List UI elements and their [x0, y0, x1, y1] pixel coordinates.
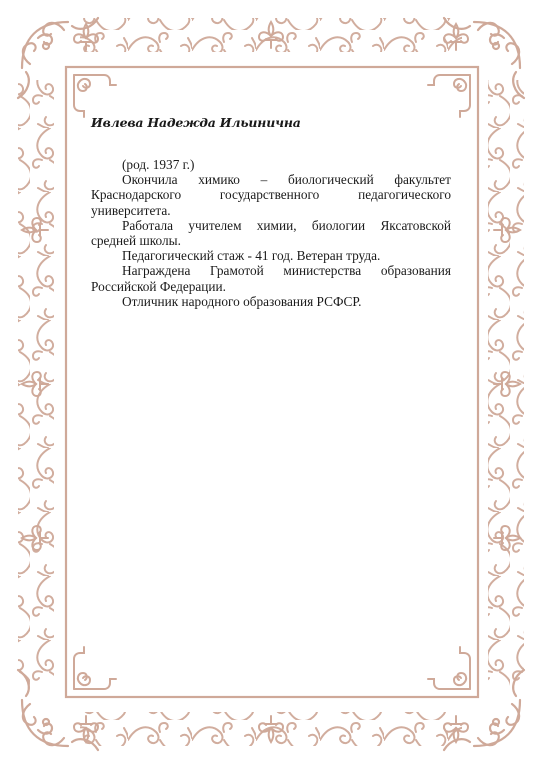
award-paragraph: Награждена Грамотой министерства образов… — [91, 263, 451, 293]
document-body: Ивлева Надежда Ильинична (род. 1937 г.) … — [91, 114, 451, 309]
education-paragraph: Окончила химико – биологический факульте… — [91, 172, 451, 218]
person-name-heading: Ивлева Надежда Ильинична — [91, 114, 451, 132]
birth-year-paragraph: (род. 1937 г.) — [91, 157, 451, 172]
experience-paragraph: Педагогический стаж - 41 год. Ветеран тр… — [91, 248, 451, 263]
document-page: Ивлева Надежда Ильинична (род. 1937 г.) … — [0, 0, 542, 768]
honor-paragraph: Отличник народного образования РСФСР. — [91, 294, 451, 309]
employment-paragraph: Работала учителем химии, биологии Яксато… — [91, 218, 451, 248]
